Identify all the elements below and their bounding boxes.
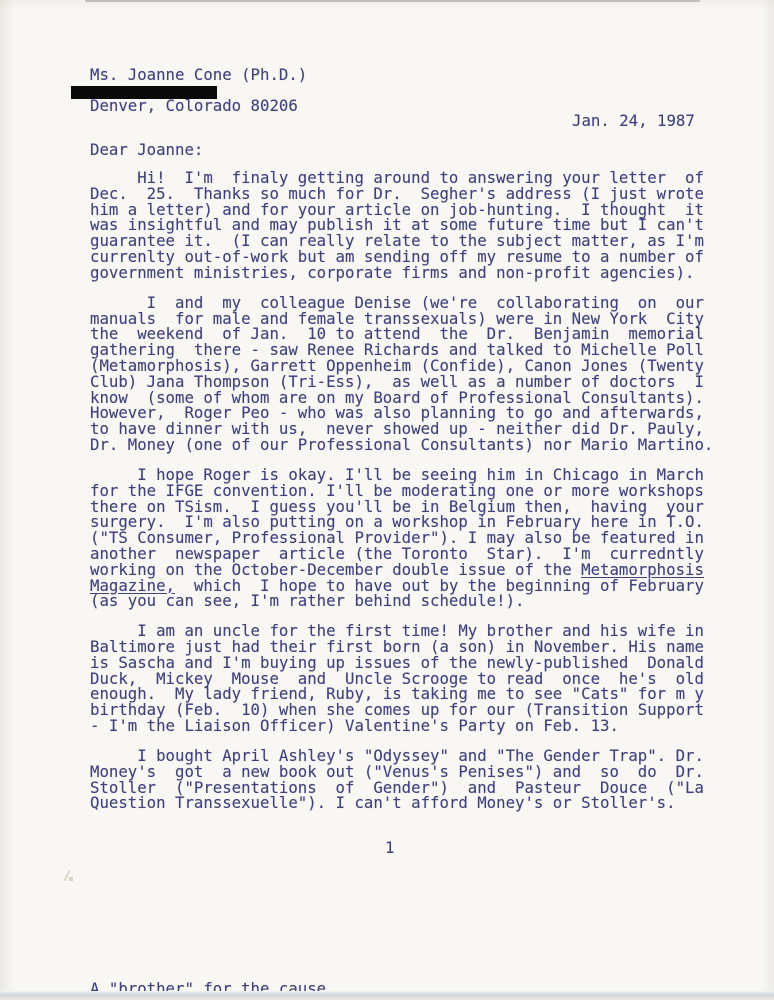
- paragraph: I am an uncle for the first time! My bro…: [90, 623, 713, 734]
- letter-line: government ministries, corporate firms a…: [90, 265, 713, 281]
- letter-line: Dr. Money (one of our Professional Consu…: [90, 437, 713, 453]
- letter-body: Hi! I'm finaly getting around to answeri…: [90, 170, 713, 825]
- paragraph: I and my colleague Denise (we're collabo…: [90, 295, 713, 453]
- paragraph: I hope Roger is okay. I'll be seeing him…: [90, 467, 713, 609]
- letter-date: Jan. 24, 1987: [572, 113, 695, 129]
- scan-top-edge-artifact: [85, 0, 700, 2]
- paragraph: I bought April Ashley's "Odyssey" and "T…: [90, 748, 713, 811]
- salutation: Dear Joanne:: [90, 142, 203, 158]
- scan-bottom-edge-artifact: [0, 991, 774, 1000]
- letter-line: - I'm the Liaison Officer) Valentine's P…: [90, 718, 713, 734]
- pen-dot-artifact: [69, 877, 73, 881]
- letter-line: (as you can see, I'm rather behind sched…: [90, 593, 713, 609]
- recipient-name: Ms. Joanne Cone (Ph.D.): [90, 67, 307, 83]
- letter-line: Question Transsexuelle"). I can't afford…: [90, 795, 713, 811]
- scanned-letter-page: Ms. Joanne Cone (Ph.D.) Denver, Colorado…: [0, 0, 774, 1000]
- recipient-city-line: Denver, Colorado 80206: [90, 98, 298, 114]
- page-number: 1: [385, 840, 394, 856]
- paragraph: Hi! I'm finaly getting around to answeri…: [90, 170, 713, 281]
